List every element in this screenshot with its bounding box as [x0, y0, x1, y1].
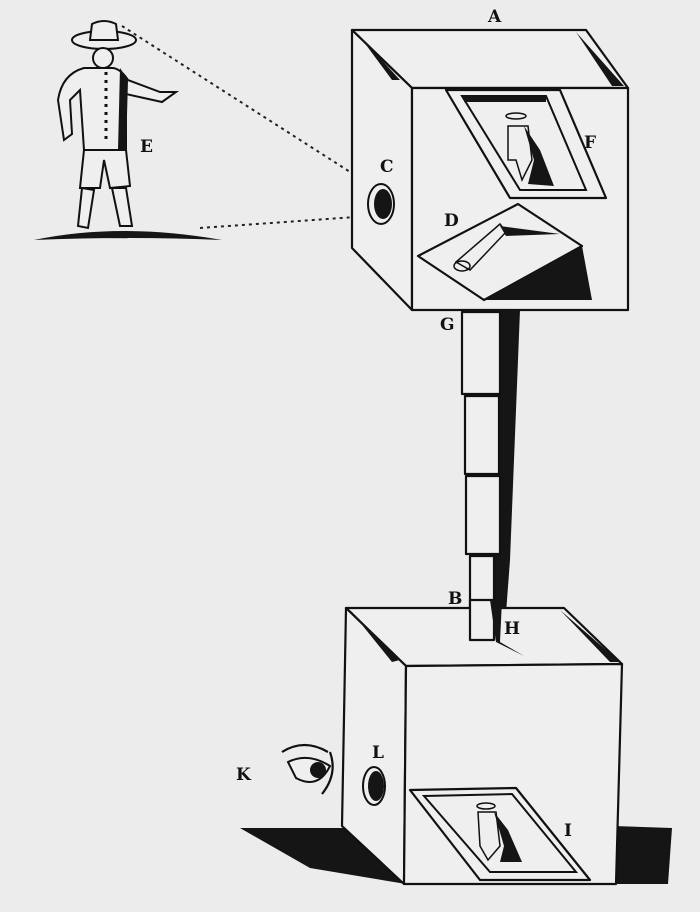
label-i: I	[564, 821, 572, 841]
label-b: B	[448, 589, 462, 609]
camera-obscura-diagram: E A C F D	[0, 0, 700, 912]
label-a: A	[487, 7, 502, 27]
label-g: G	[440, 315, 455, 335]
label-c: C	[380, 157, 394, 177]
lower-box-b	[240, 600, 672, 884]
light-rays	[122, 26, 372, 228]
label-f: F	[584, 133, 596, 153]
telescoping-tube	[462, 310, 520, 644]
eye-k	[282, 745, 333, 794]
label-h: H	[504, 619, 520, 639]
label-e: E	[140, 137, 153, 157]
label-k: K	[236, 765, 252, 785]
label-d: D	[444, 211, 459, 231]
label-l: L	[372, 743, 384, 763]
standing-figure-e	[34, 21, 222, 240]
